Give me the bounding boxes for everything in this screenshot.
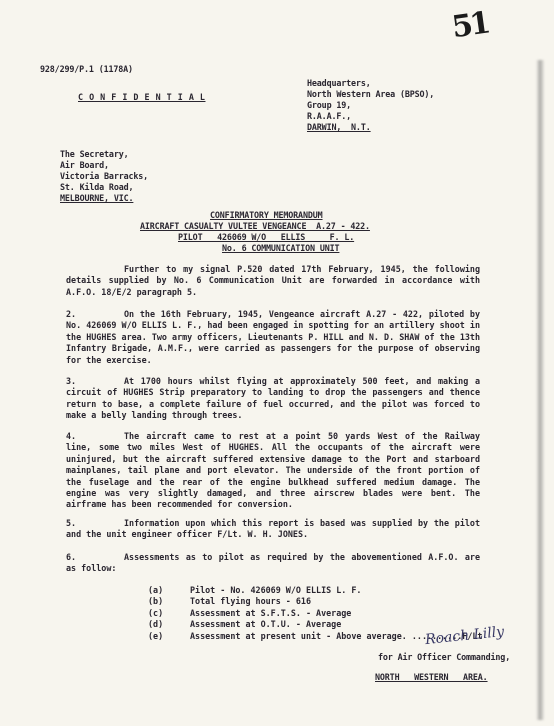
paragraph-2: 2. On the 16th February, 1945, Vengeance… — [66, 309, 480, 366]
paragraph-3: 3. At 1700 hours whilst flying at approx… — [66, 376, 480, 422]
sender-line: Headquarters, — [307, 78, 371, 89]
assessment-item: (b)Total flying hours - 616 — [148, 596, 482, 607]
file-reference: 928/299/P.1 (1178A) — [40, 64, 133, 75]
memo-pilot: PILOT 426069 W/O ELLIS F. L. — [178, 232, 354, 243]
recipient-line: Victoria Barracks, — [60, 171, 148, 182]
recipient-line: St. Kilda Road, — [60, 182, 133, 193]
paragraph-text: On the 16th February, 1945, Vengeance ai… — [66, 309, 480, 366]
folio-number: 51 — [450, 6, 490, 46]
signature-block-area: NORTH WESTERN AREA. — [375, 672, 488, 683]
paragraph-number: 2. — [66, 309, 76, 320]
paragraph-6: 6. Assessments as to pilot as required b… — [66, 552, 480, 575]
classification-label: C O N F I D E N T I A L — [78, 92, 205, 103]
paragraph-4: 4. The aircraft came to rest at a point … — [66, 431, 480, 511]
recipient-line: Air Board, — [60, 160, 109, 171]
memo-unit: No. 6 COMMUNICATION UNIT — [222, 243, 339, 254]
paragraph-1: Further to my signal P.520 dated 17th Fe… — [66, 264, 480, 298]
memo-title: CONFIRMATORY MEMORANDUM — [210, 210, 323, 221]
assessment-item: (d)Assessment at O.T.U. - Average — [148, 619, 482, 630]
scan-edge-shadow — [536, 60, 544, 720]
recipient-line: The Secretary, — [60, 149, 129, 160]
paragraph-number: 4. — [66, 431, 76, 442]
signature-block-line: for Air Officer Commanding, — [378, 652, 510, 663]
sender-line: R.A.A.F., — [307, 111, 351, 122]
sender-line: Group 19, — [307, 100, 351, 111]
paragraph-text: At 1700 hours whilst flying at approxima… — [66, 376, 480, 422]
paragraph-number: 6. — [66, 552, 76, 563]
paragraph-5: 5. Information upon which this report is… — [66, 518, 480, 541]
assessment-item: (c)Assessment at S.F.T.S. - Average — [148, 608, 482, 619]
document-page: 51 928/299/P.1 (1178A) C O N F I D E N T… — [0, 0, 554, 726]
paragraph-number: 5. — [66, 518, 76, 529]
paragraph-text: The aircraft came to rest at a point 50 … — [66, 431, 480, 511]
paragraph-number: 3. — [66, 376, 76, 387]
paragraph-text: Further to my signal P.520 dated 17th Fe… — [66, 264, 480, 298]
memo-subject: AIRCRAFT CASUALTY VULTEE VENGEANCE A.27 … — [140, 221, 370, 232]
assessment-item: (a)Pilot - No. 426069 W/O ELLIS L. F. — [148, 585, 482, 596]
sender-line: North Western Area (BPSO), — [307, 89, 434, 100]
sender-line: DARWIN, N.T. — [307, 122, 371, 133]
recipient-line: MELBOURNE, VIC. — [60, 193, 133, 204]
paragraph-text: Information upon which this report is ba… — [66, 518, 480, 541]
paragraph-text: Assessments as to pilot as required by t… — [66, 552, 480, 575]
